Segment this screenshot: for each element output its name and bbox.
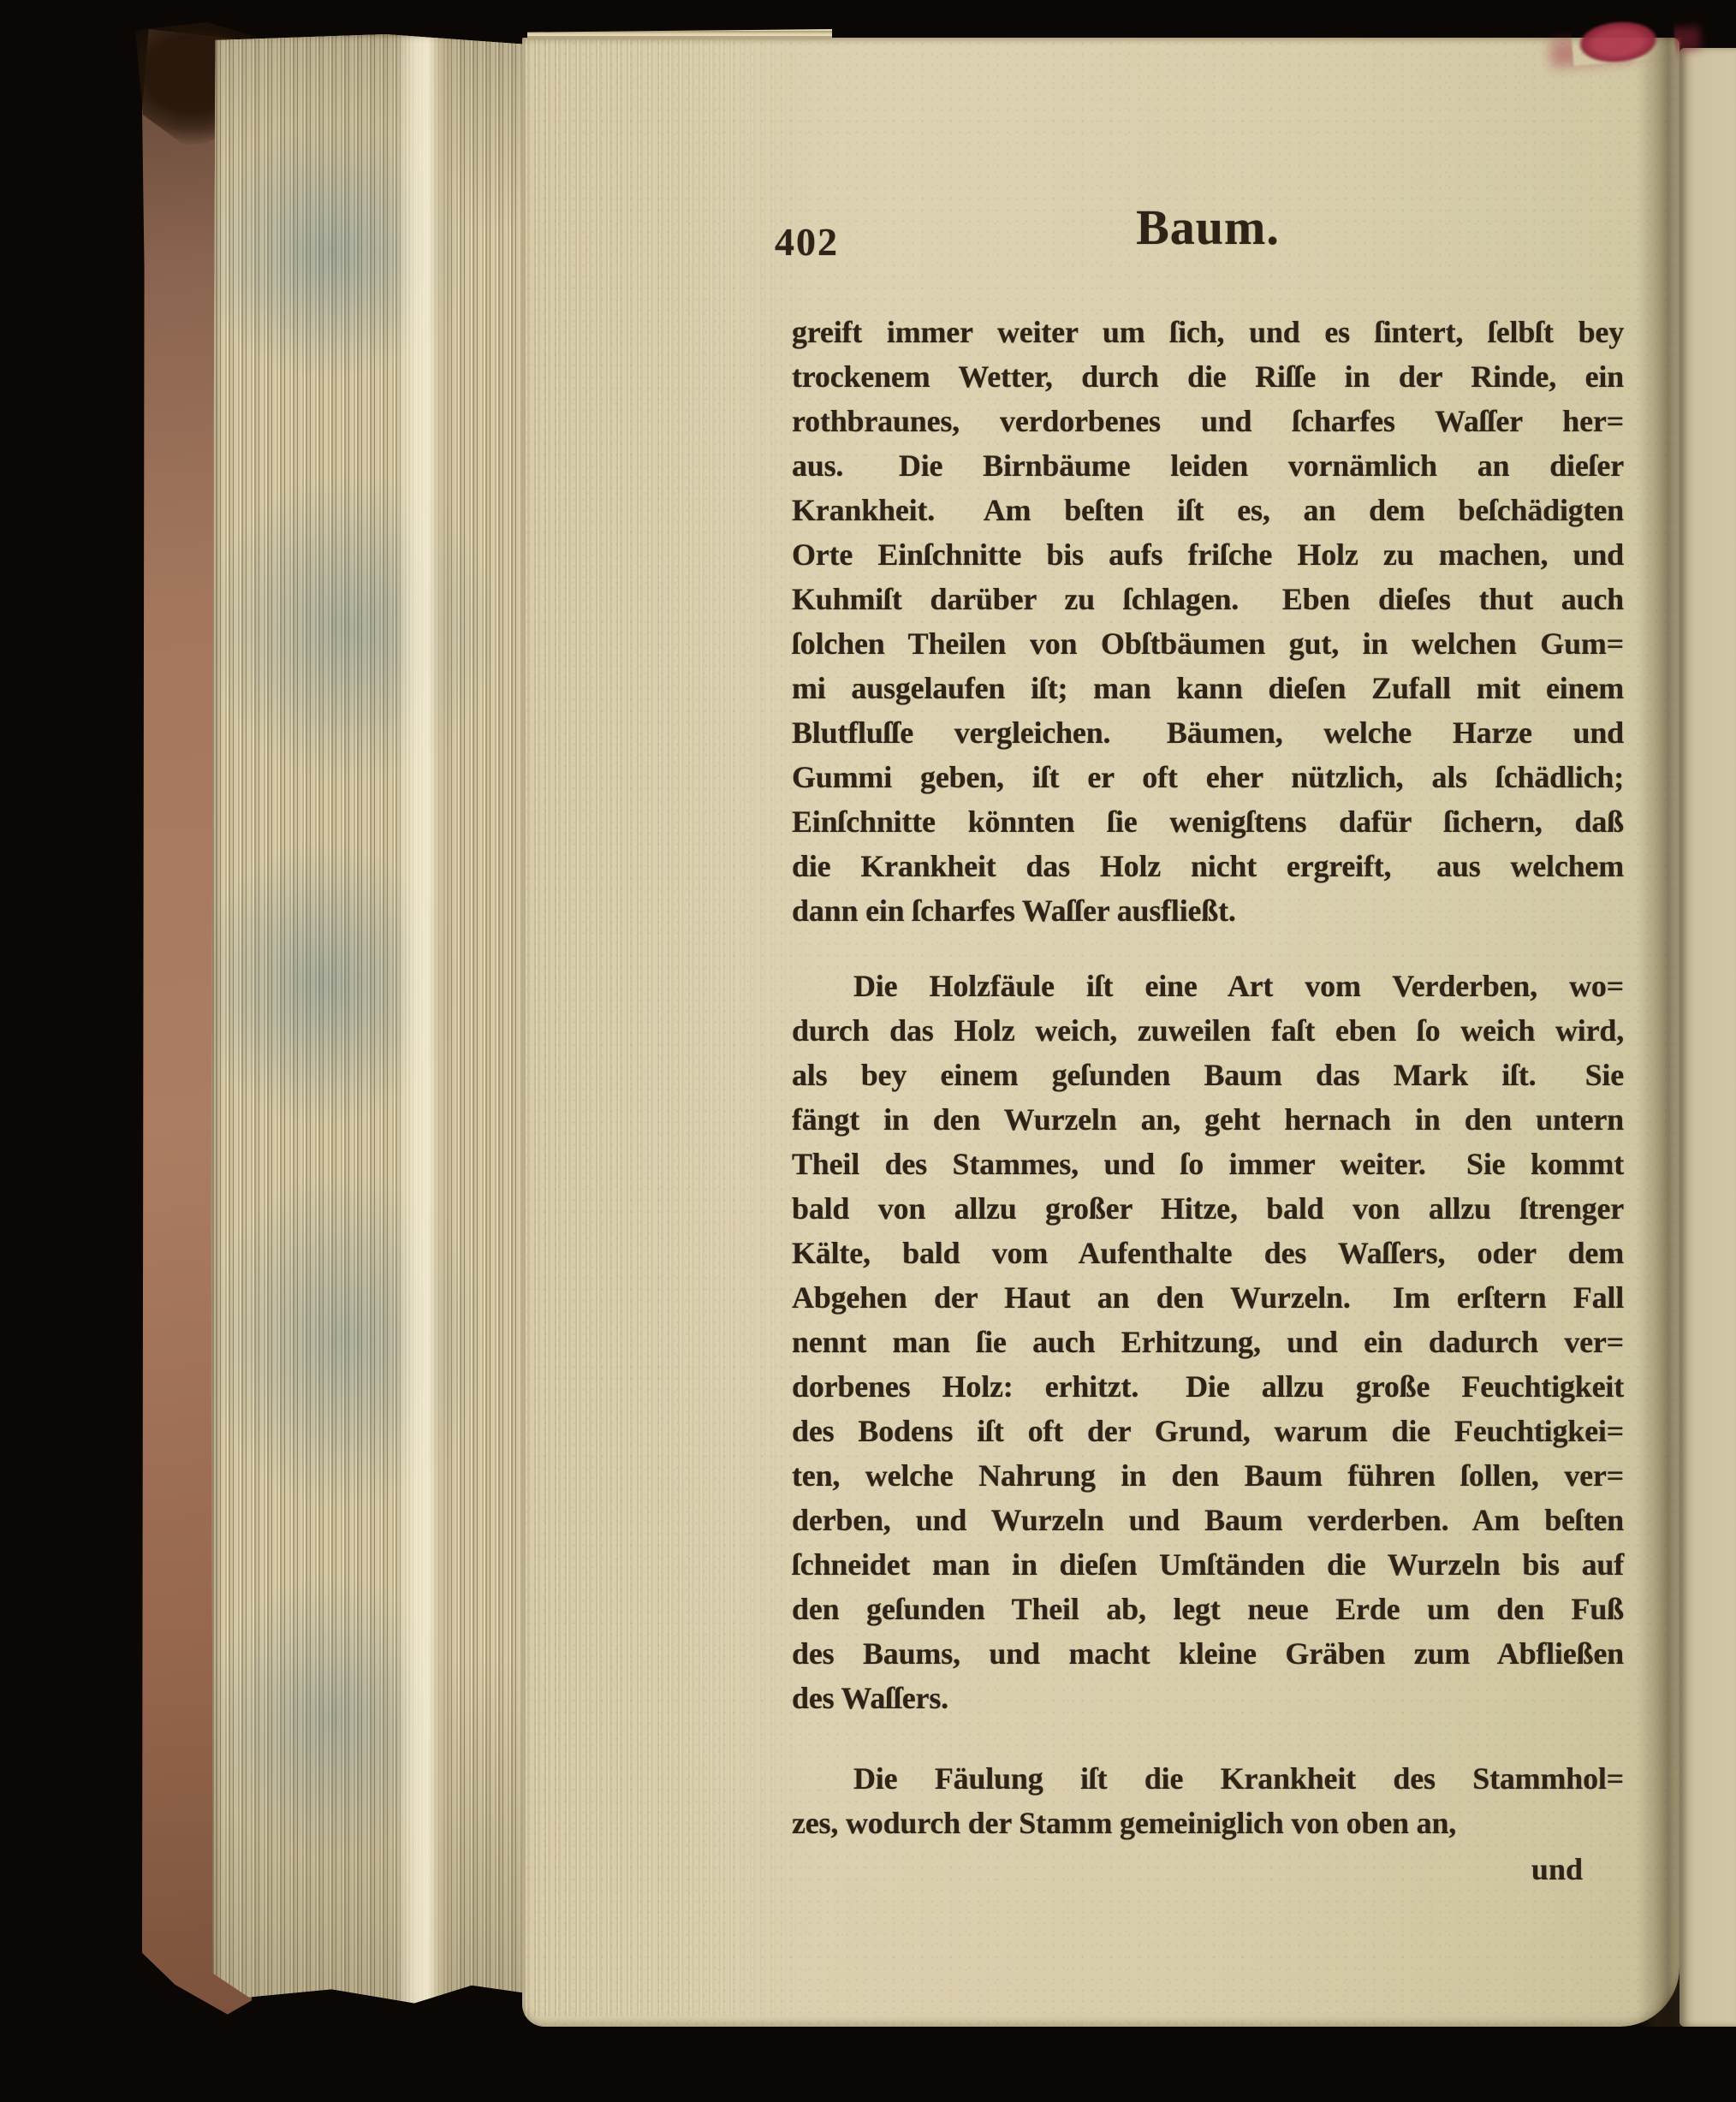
running-header: Baum. [792,199,1624,256]
bookmark-ribbon [1570,13,1676,66]
text-line: des Waſſers. [792,1676,1624,1720]
text-line: Gummi geben, iſt er oft eher nützlich, a… [792,755,1624,799]
text-line: den geſunden Theil ab, legt neue Erde um… [792,1587,1624,1631]
page-header: 402 Baum. [792,199,1624,272]
text-line: Theil des Stammes, und ſo immer weiter. … [792,1142,1624,1186]
text-line: fängt in den Wurzeln an, geht hernach in… [792,1097,1624,1142]
text-line: Die Holzfäule iſt eine Art vom Verderben… [792,964,1624,1008]
text-line: als bey einem geſunden Baum das Mark iſt… [792,1053,1624,1097]
text-line: Orte Einſchnitte bis aufs friſche Holz z… [792,532,1624,577]
paragraph: Die Fäulung iſt die Krankheit des Stammh… [792,1756,1624,1845]
text-line: Krankheit. Am beſten iſt es, an dem beſc… [792,488,1624,532]
text-line: rothbraunes, verdorbenes und ſcharfes Wa… [792,399,1624,443]
text-line: dann ein ſcharfes Waſſer ausfließt. [792,888,1624,933]
text-line: die Krankheit das Holz nicht ergreift, a… [792,844,1624,888]
text-line: nennt man ſie auch Erhitzung, und ein da… [792,1320,1624,1364]
text-line: Abgehen der Haut an den Wurzeln. Im erſt… [792,1275,1624,1320]
paragraph: greift immer weiter um ſich, und es ſint… [792,310,1624,933]
text-line: aus. Die Birnbäume leiden vornämlich an … [792,443,1624,488]
paragraph: Die Holzfäule iſt eine Art vom Verderben… [792,964,1624,1720]
text-line: Kuhmiſt darüber zu ſchlagen. Eben dieſes… [792,577,1624,621]
text-line: des Bodens iſt oft der Grund, warum die … [792,1409,1624,1453]
text-line: derben, und Wurzeln und Baum verderben. … [792,1498,1624,1542]
text-line: ſolchen Theilen von Obſtbäumen gut, in w… [792,621,1624,666]
text-line: des Baums, und macht kleine Gräben zum A… [792,1631,1624,1676]
gutter-shadow [1637,38,1681,2027]
text-line: greift immer weiter um ſich, und es ſint… [792,310,1624,354]
text-line: Einſchnitte könnten ſie wenigſtens dafür… [792,799,1624,844]
page-fore-edge-stack [211,34,529,2013]
photo-background: 402 Baum. greift immer weiter um ſich, u… [0,0,1736,2102]
text-line: durch das Holz weich, zuweilen faſt eben… [792,1008,1624,1053]
text-line: trockenem Wetter, durch die Riſſe in der… [792,354,1624,399]
text-line: dorbenes Holz: erhitzt. Die allzu große … [792,1364,1624,1409]
text-line: ten, welche Nahrung in den Baum führen ſ… [792,1453,1624,1498]
facing-page-edge [1680,48,1736,2027]
text-line: Blutfluſſe vergleichen. Bäumen, welche H… [792,710,1624,755]
text-line: ſchneidet man in dieſen Umſtänden die Wu… [792,1542,1624,1587]
text-line: zes, wodurch der Stamm gemeiniglich von … [792,1801,1624,1845]
text-line: bald von allzu großer Hitze, bald von al… [792,1186,1624,1231]
text-line: Die Fäulung iſt die Krankheit des Stammh… [792,1756,1624,1801]
catchword: und [792,1847,1624,1891]
text-line: Kälte, bald vom Aufenthalte des Waſſers,… [792,1231,1624,1275]
page-curl-shading [524,39,832,2016]
text-line: mi ausgelaufen iſt; man kann dieſen Zufa… [792,666,1624,710]
